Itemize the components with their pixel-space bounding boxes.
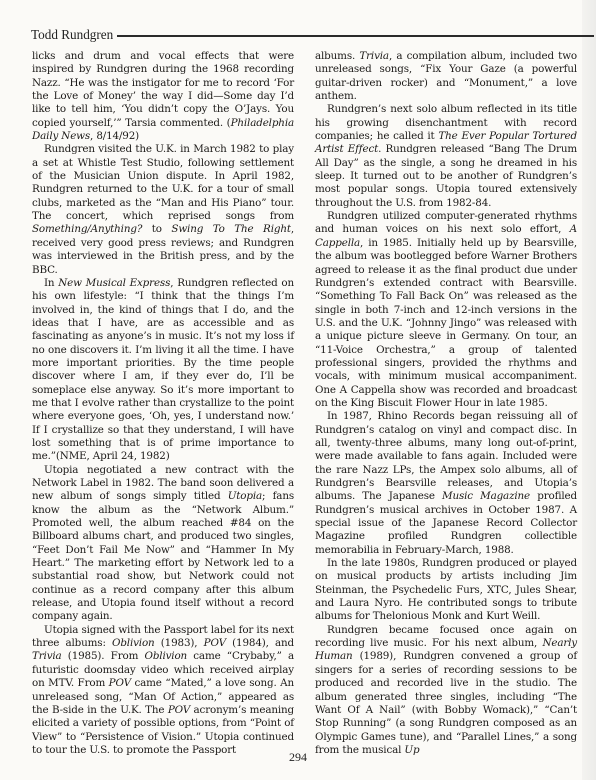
italic-title: POV (204, 637, 226, 649)
paragraph: In New Musical Express, Rundgren reflect… (32, 277, 294, 464)
paragraph: In 1987, Rhino Records began reissuing a… (315, 410, 577, 557)
italic-title: POV (109, 677, 131, 689)
italic-title: Swing To The Right (171, 223, 290, 235)
paragraph: licks and drum and vocal effects that we… (32, 50, 294, 143)
italic-title: Trivia (359, 50, 389, 62)
italic-title: The Ever Popular Tortured Artist Effect (315, 130, 577, 155)
paragraph: Rundgren utilized computer-generated rhy… (315, 210, 577, 410)
italic-title: New Musical Express (58, 277, 170, 289)
italic-title: POV (168, 704, 190, 716)
left-column: licks and drum and vocal effects that we… (32, 50, 294, 757)
italic-title: Trivia (32, 650, 62, 662)
paragraph: Rundgren became focused once again on re… (315, 624, 577, 757)
italic-title: Music Magazine (442, 490, 530, 502)
running-head-rule (117, 35, 594, 36)
paragraph: Rundgren’s next solo album reflected in … (315, 103, 577, 210)
italic-title: Utopia (228, 490, 262, 502)
running-head-title: Todd Rundgren (31, 27, 117, 43)
page-edge-shadow (582, 0, 596, 780)
italic-title: Something/Anything? (32, 223, 142, 235)
page-number: 294 (0, 750, 596, 765)
italic-title: Oblivion (112, 637, 155, 649)
paragraph: albums. Trivia, a compilation album, inc… (315, 50, 577, 103)
italic-title: Oblivion (144, 650, 187, 662)
paragraph: In the late 1980s, Rundgren produced or … (315, 557, 577, 624)
paragraph: Utopia signed with the Passport label fo… (32, 624, 294, 757)
paragraph: Utopia negotiated a new contract with th… (32, 464, 294, 624)
italic-title: A Cappella (315, 223, 577, 248)
italic-title: Philadelphia Daily News (32, 117, 294, 142)
running-head: Todd Rundgren (31, 27, 594, 43)
paragraph: Rundgren visited the U.K. in March 1982 … (32, 143, 294, 276)
italic-title: Nearly Human (315, 637, 577, 662)
right-column: albums. Trivia, a compilation album, inc… (315, 50, 577, 757)
